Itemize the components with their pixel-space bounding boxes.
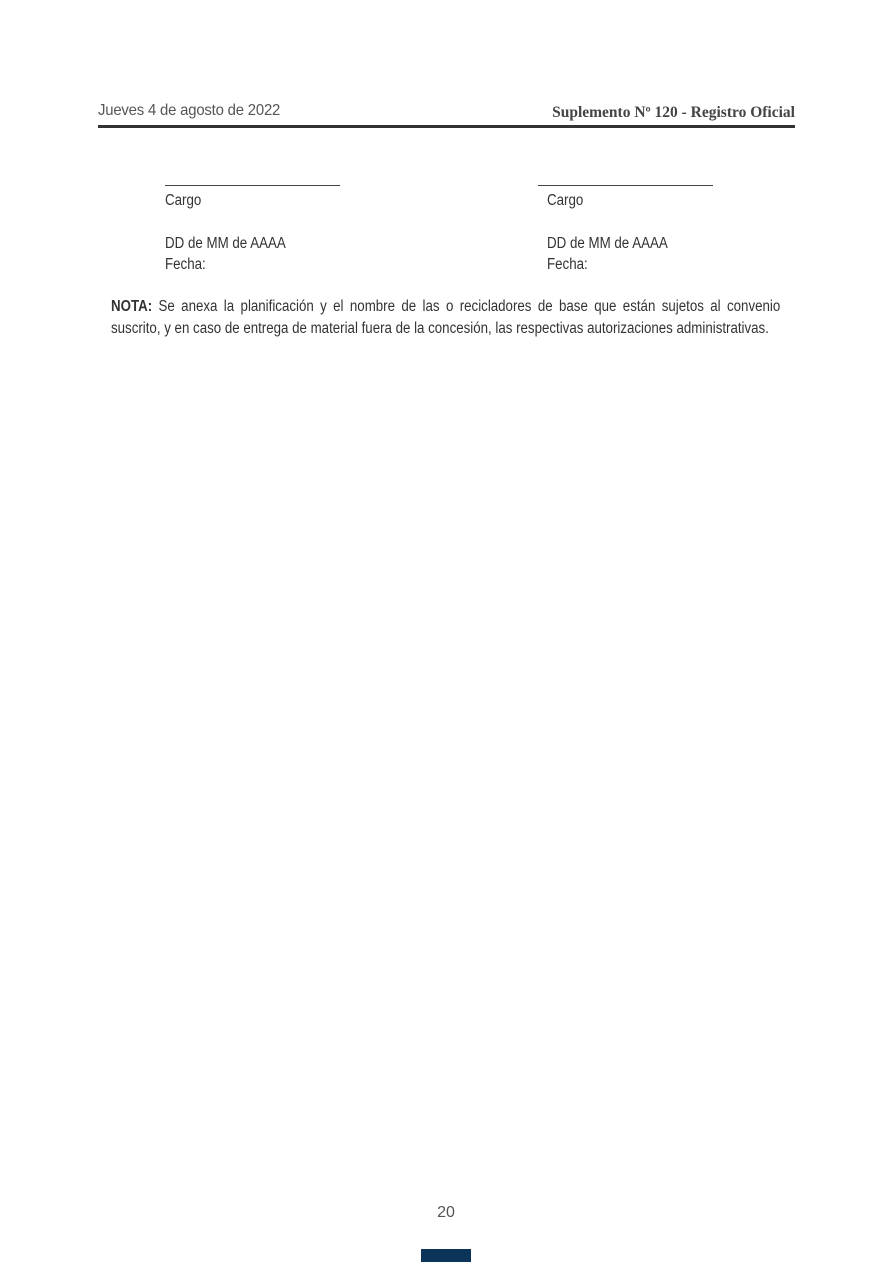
signature-role: Cargo [165,190,316,211]
page-number: 20 [0,1204,892,1222]
note-text: Se anexa la planificación y el nombre de… [111,298,780,337]
signature-line [538,185,713,186]
header-publication: Suplemento Nº 120 - Registro Oficial [552,104,795,122]
signature-block-right: Cargo DD de MM de AAAA Fecha: [538,185,713,275]
document-page: Jueves 4 de agosto de 2022 Suplemento Nº… [0,0,892,1262]
signature-date-label: Fecha: [165,254,316,275]
signature-role: Cargo [547,190,690,211]
signature-line [165,185,340,186]
footer-accent-bar [421,1249,471,1262]
header-date: Jueves 4 de agosto de 2022 [98,102,280,120]
signature-date-placeholder: DD de MM de AAAA [547,233,690,254]
note-paragraph: NOTA: Se anexa la planificación y el nom… [111,296,780,340]
note-label: NOTA: [111,298,152,315]
header-rule [98,125,795,128]
signature-date-label: Fecha: [547,254,690,275]
signature-block-left: Cargo DD de MM de AAAA Fecha: [165,185,340,275]
signature-date-placeholder: DD de MM de AAAA [165,233,316,254]
